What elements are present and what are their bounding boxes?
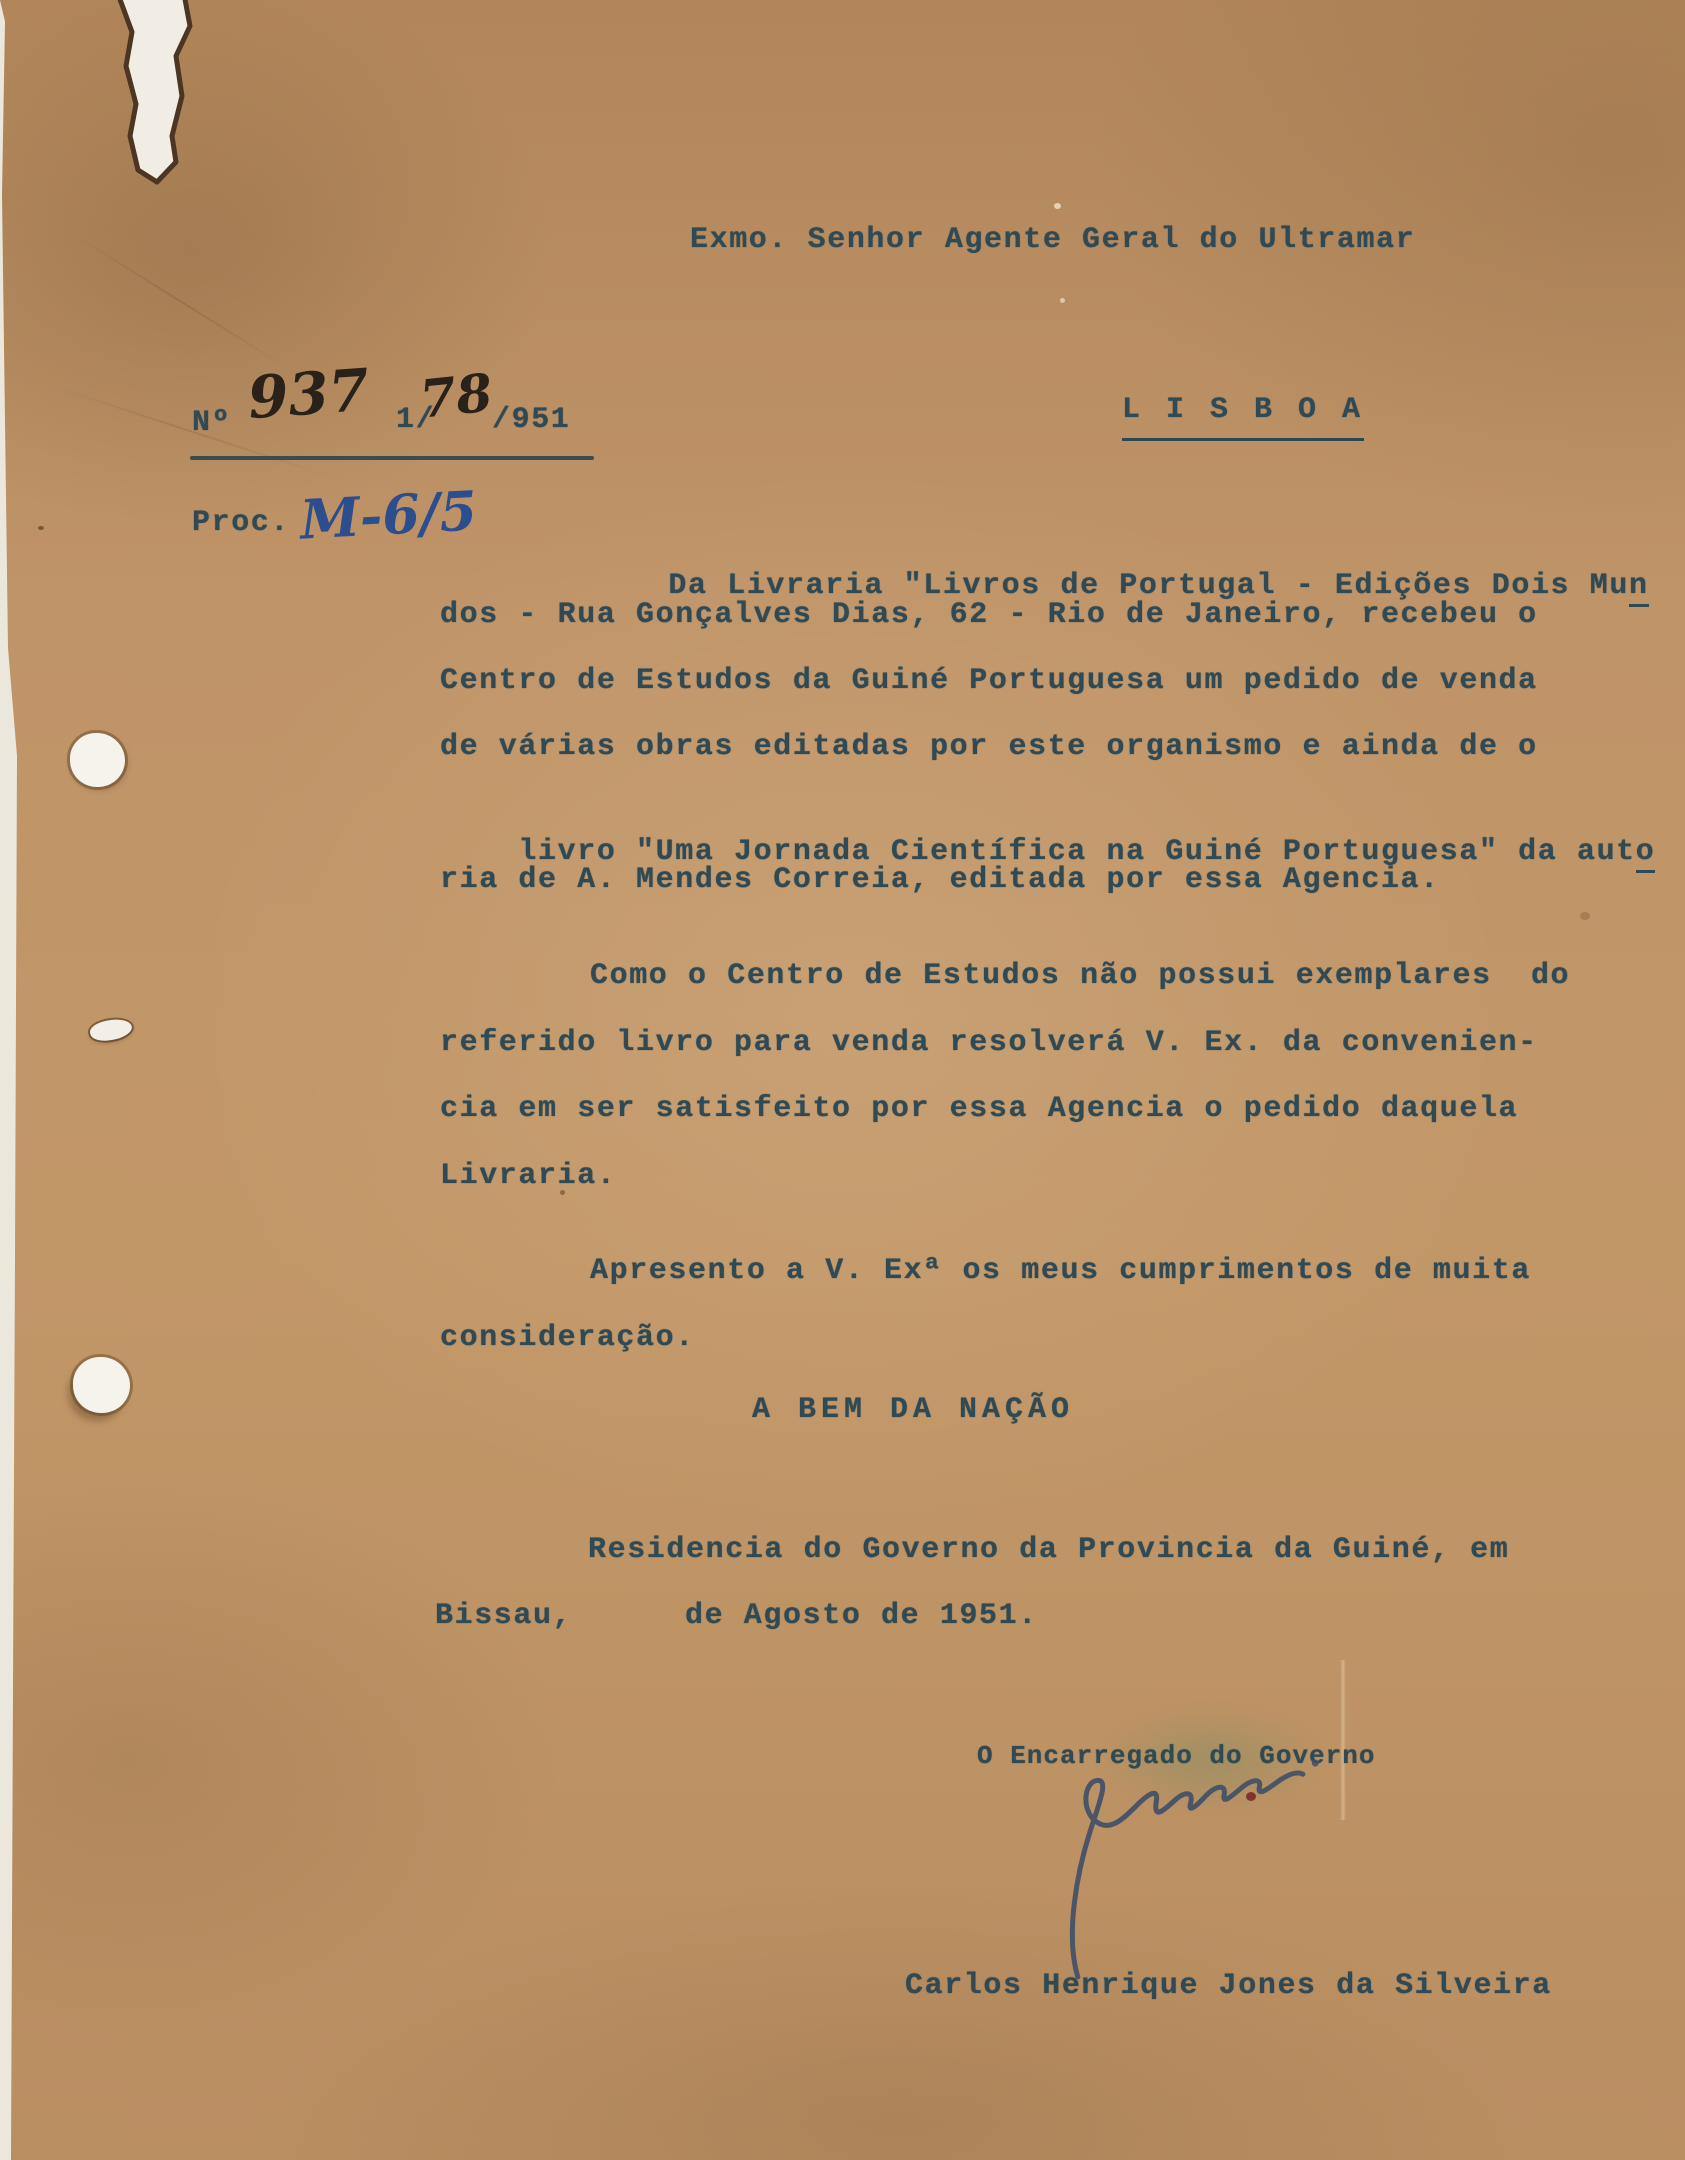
motto-line: A BEM DA NAÇÃO — [752, 1392, 1074, 1430]
place-line: Residencia do Governo da Provincia da Gu… — [588, 1532, 1509, 1570]
reference-no-handwritten: 78 — [417, 362, 495, 430]
paper-speck — [1054, 203, 1061, 209]
body-line: ria de A. Mendes Correia, editada por es… — [440, 862, 1440, 900]
reference-no-label: Nº — [192, 405, 231, 443]
body-line: Centro de Estudos da Guiné Portuguesa um… — [440, 663, 1538, 701]
body-line: referido livro para venda resolverá V. E… — [440, 1025, 1538, 1063]
punch-hole-bottom — [73, 1357, 130, 1413]
body-line: Livraria. — [440, 1158, 616, 1196]
body-line: Como o Centro de Estudos não possui exem… — [590, 958, 1570, 996]
body-line: Apresento a V. Exª os meus cumprimentos … — [590, 1253, 1531, 1291]
body-line: dos - Rua Gonçalves Dias, 62 - Rio de Ja… — [440, 597, 1538, 635]
reference-underline — [190, 456, 594, 460]
paper-speck — [1060, 298, 1065, 303]
body-text-underlined: n — [1629, 569, 1649, 607]
body-text-underlined: o — [1636, 835, 1656, 873]
body-line: de várias obras editadas por este organi… — [440, 729, 1538, 767]
signature-handwriting — [986, 1734, 1394, 2001]
process-number-handwritten: M-6/5 — [298, 478, 478, 551]
paper-crease — [69, 231, 291, 370]
scan-left-edge — [0, 0, 18, 2160]
torn-paper-strip — [84, 0, 214, 194]
reference-no-typed: /951 — [492, 402, 570, 440]
body-line: cia em ser satisfeito por essa Agencia o… — [440, 1091, 1518, 1129]
ink-dot — [1246, 1792, 1256, 1801]
signer-name: Carlos Henrique Jones da Silveira — [905, 1968, 1552, 2006]
place-city: Bissau, — [435, 1598, 572, 1636]
punch-hole-top — [70, 733, 125, 787]
date-line: de Agosto de 1951. — [685, 1598, 1038, 1636]
body-line: consideração. — [440, 1320, 695, 1358]
reference-no-handwritten: 937 — [246, 356, 372, 432]
addressee-line: Exmo. Senhor Agente Geral do Ultramar — [690, 222, 1415, 260]
paper-speck — [1580, 912, 1590, 920]
city-line: L I S B O A — [1122, 392, 1364, 441]
process-label: Proc. — [192, 505, 290, 543]
document-page: Exmo. Senhor Agente Geral do Ultramar Nº… — [0, 0, 1685, 2160]
small-tear — [88, 1016, 133, 1044]
paper-speck — [38, 526, 44, 530]
